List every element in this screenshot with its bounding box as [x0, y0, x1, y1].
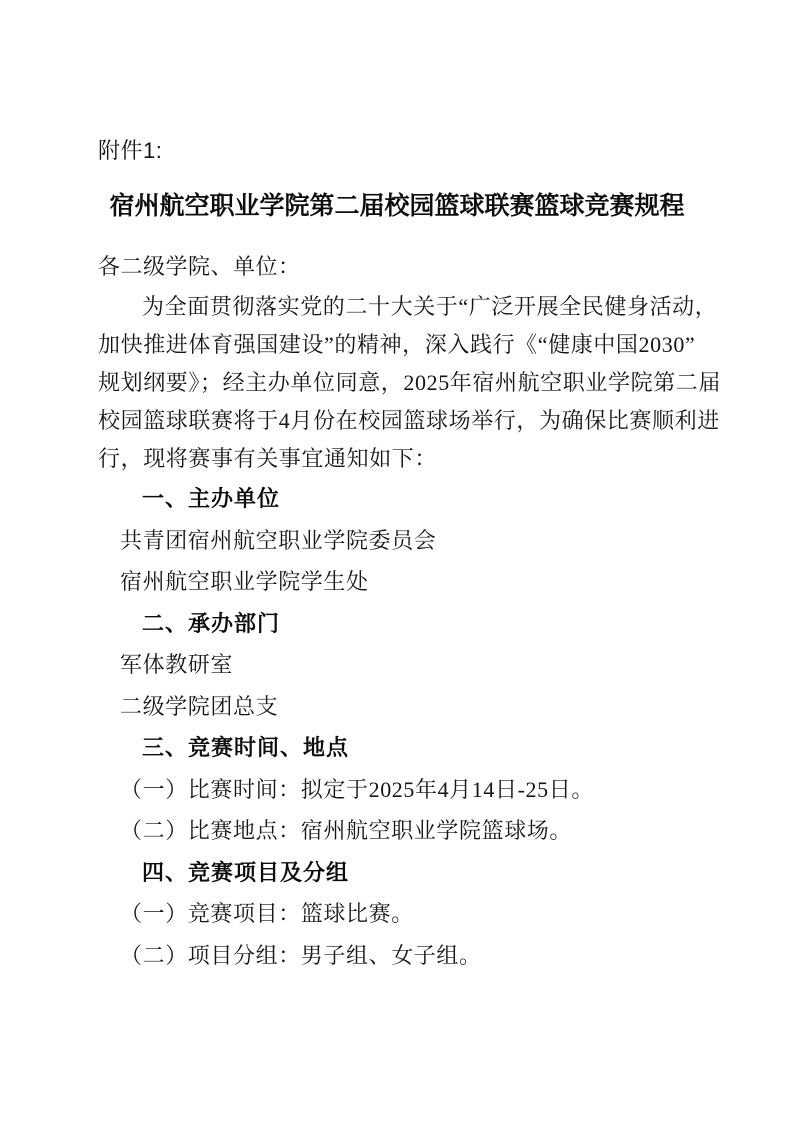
- section-item: （二）比赛地点：宿州航空职业学院篮球场。: [98, 810, 696, 852]
- section-heading: 二、承办部门: [98, 603, 696, 645]
- document-content: 附件1: 宿州航空职业学院第二届校园篮球联赛篮球竞赛规程 各二级学院、单位： 为…: [98, 138, 696, 976]
- intro-line: 为全面贯彻落实党的二十大关于“广泛开展全民健身活动，: [98, 288, 696, 326]
- section-organizing-department: 二、承办部门 军体教研室 二级学院团总支: [98, 603, 696, 728]
- section-time-location: 三、竞赛时间、地点 （一）比赛时间：拟定于2025年4月14日-25日。 （二）…: [98, 727, 696, 852]
- section-item: （一）竞赛项目：篮球比赛。: [98, 893, 696, 935]
- document-title: 宿州航空职业学院第二届校园篮球联赛篮球竞赛规程: [98, 188, 696, 224]
- salutation-line: 各二级学院、单位：: [98, 252, 696, 282]
- intro-line: 校园篮球联赛将于4月份在校园篮球场举行，为确保比赛顺利进: [98, 402, 696, 440]
- sections: 一、主办单位 共青团宿州航空职业学院委员会 宿州航空职业学院学生处 二、承办部门…: [98, 478, 696, 976]
- section-item: （一）比赛时间：拟定于2025年4月14日-25日。: [98, 769, 696, 811]
- section-heading: 三、竞赛时间、地点: [98, 727, 696, 769]
- section-item: 宿州航空职业学院学生处: [98, 561, 696, 603]
- section-host-unit: 一、主办单位 共青团宿州航空职业学院委员会 宿州航空职业学院学生处: [98, 478, 696, 603]
- section-item: （二）项目分组：男子组、女子组。: [98, 935, 696, 977]
- intro-line: 加快推进体育强国建设”的精神，深入践行《“健康中国2030”: [98, 326, 696, 364]
- section-item: 军体教研室: [98, 644, 696, 686]
- section-heading: 一、主办单位: [98, 478, 696, 520]
- attachment-label: 附件1:: [98, 138, 696, 164]
- document-page: 附件1: 宿州航空职业学院第二届校园篮球联赛篮球竞赛规程 各二级学院、单位： 为…: [0, 0, 793, 1122]
- section-item: 共青团宿州航空职业学院委员会: [98, 520, 696, 562]
- section-heading: 四、竞赛项目及分组: [98, 852, 696, 894]
- intro-paragraph: 为全面贯彻落实党的二十大关于“广泛开展全民健身活动， 加快推进体育强国建设”的精…: [98, 288, 696, 478]
- section-item: 二级学院团总支: [98, 686, 696, 728]
- intro-line: 规划纲要》；经主办单位同意，2025年宿州航空职业学院第二届: [98, 364, 696, 402]
- intro-line: 行，现将赛事有关事宜通知如下：: [98, 440, 696, 478]
- section-events-groups: 四、竞赛项目及分组 （一）竞赛项目：篮球比赛。 （二）项目分组：男子组、女子组。: [98, 852, 696, 977]
